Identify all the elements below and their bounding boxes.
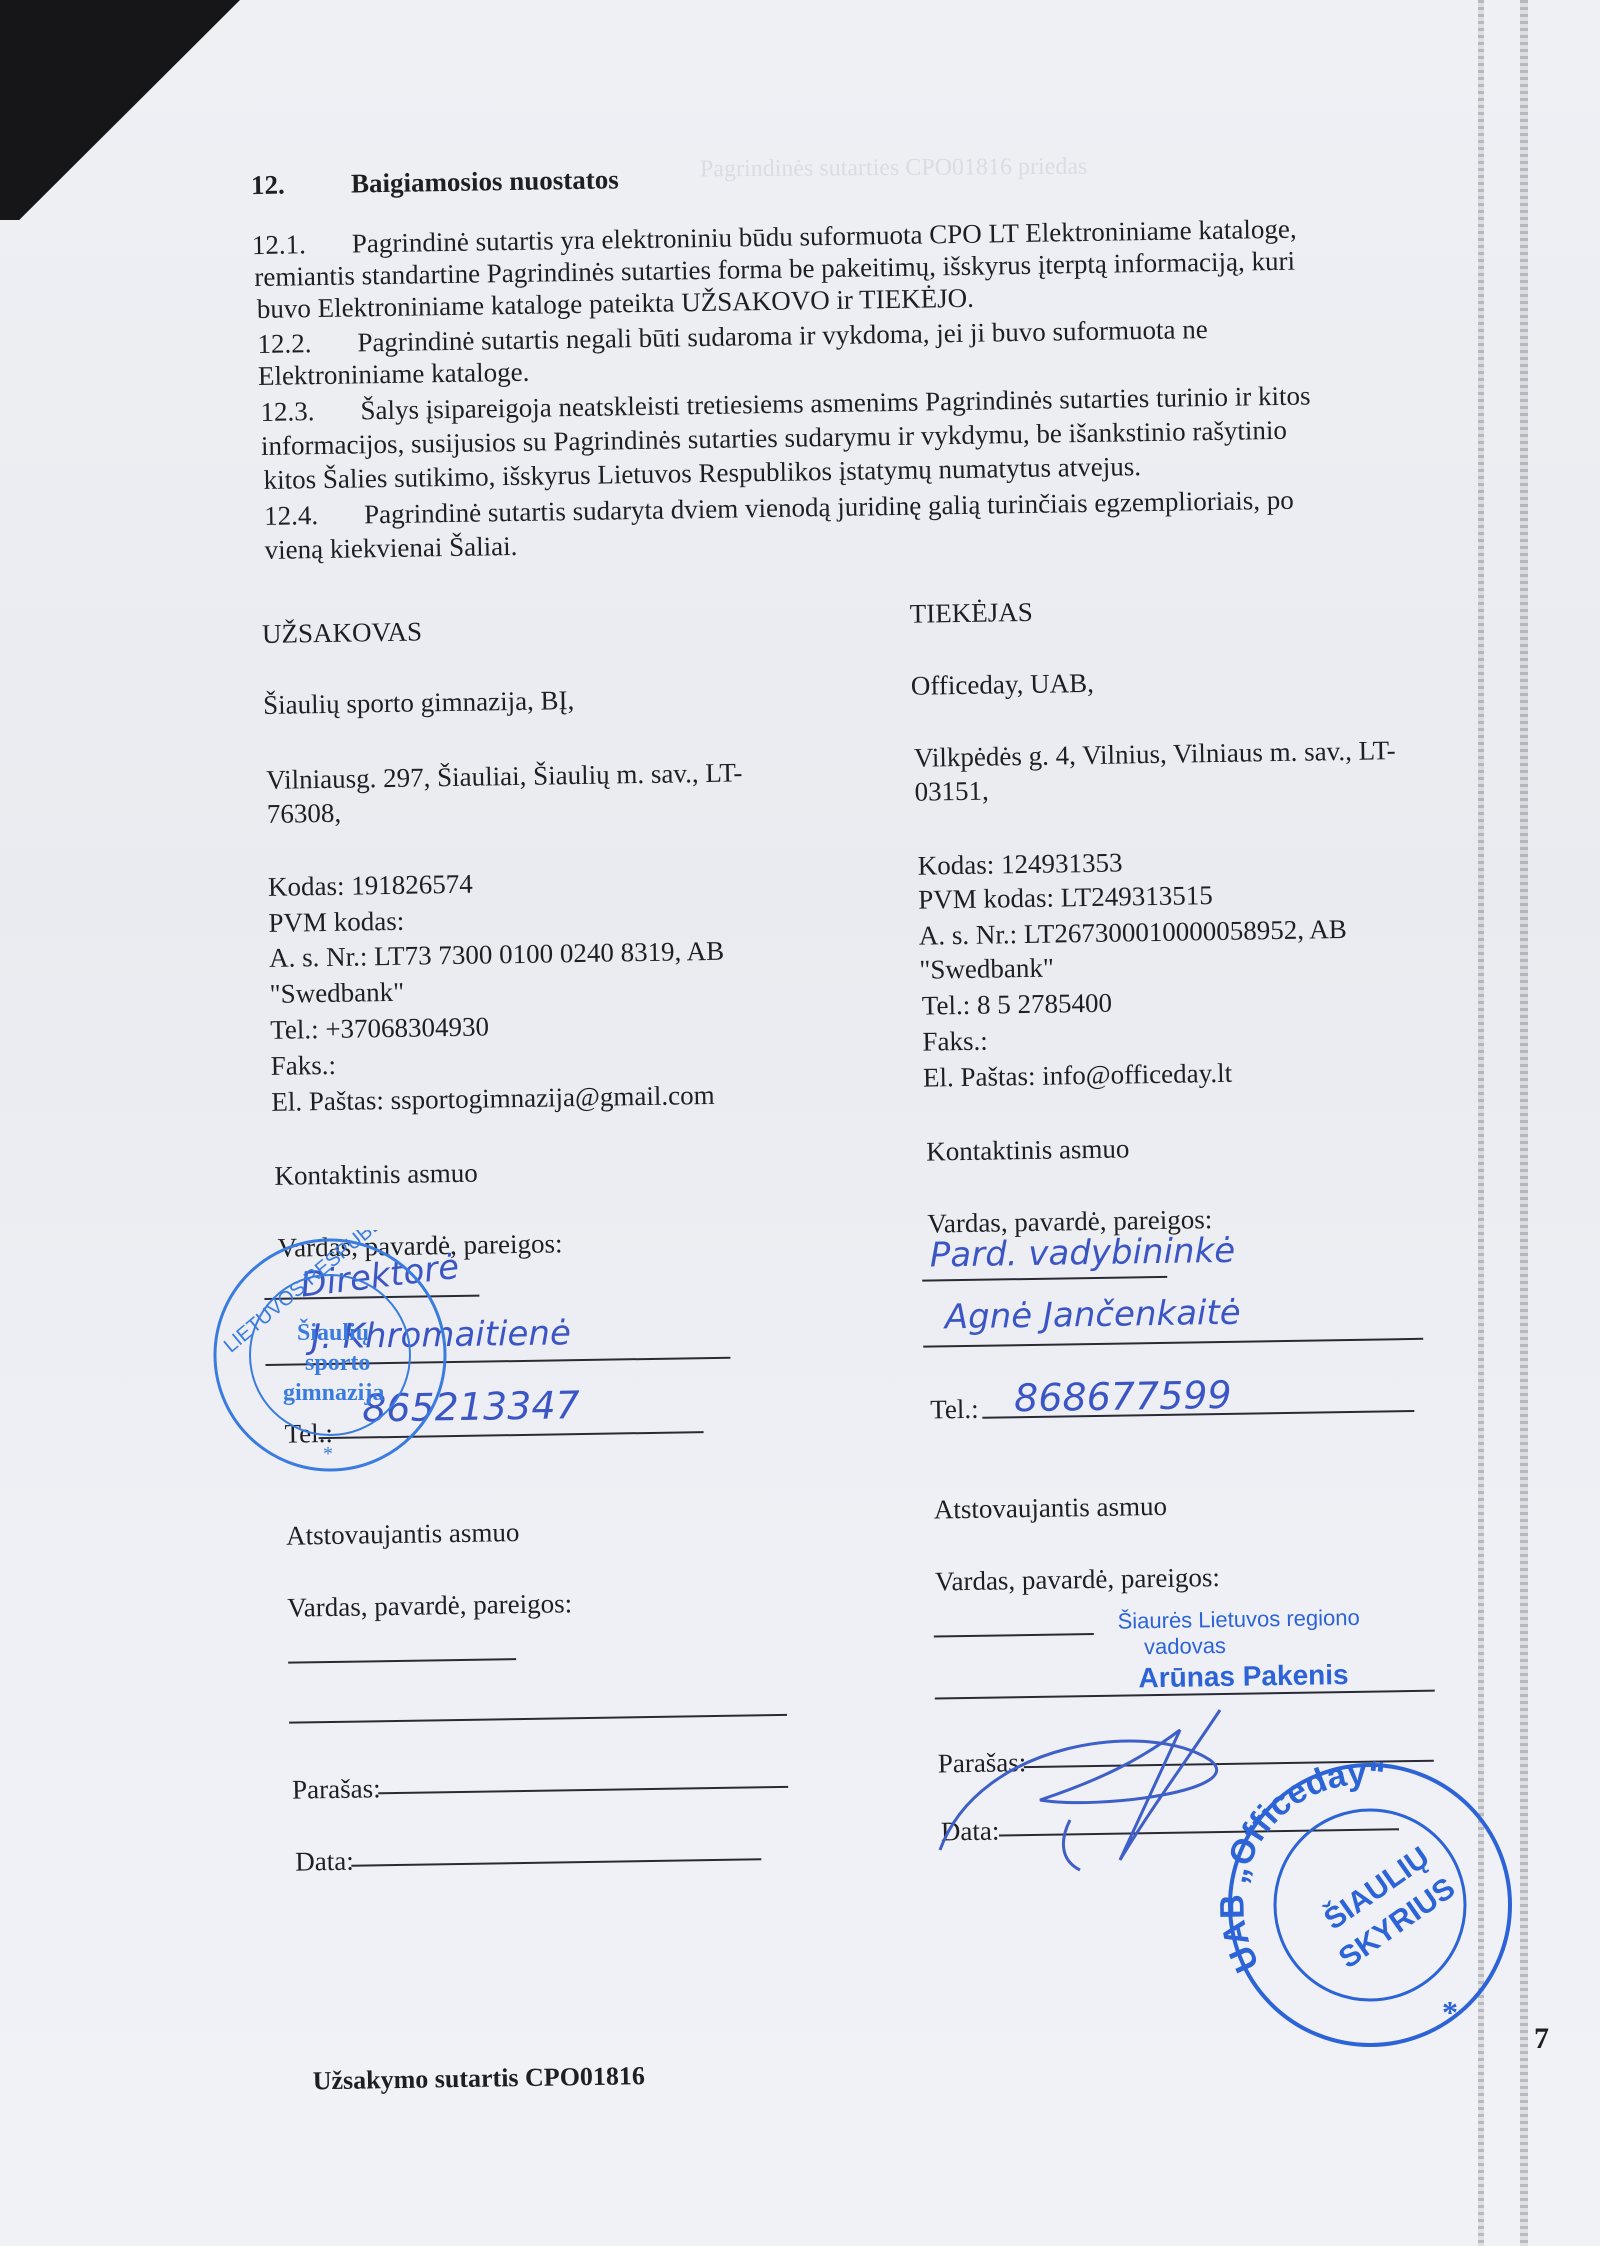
- svg-text:sporto: sporto: [305, 1350, 370, 1376]
- supplier-round-stamp-icon: UAB „Officeday“ ŠIAULIŲ SKYRIUS *: [1220, 1755, 1520, 2055]
- fill-line: [288, 1658, 516, 1664]
- rep-stamp-name: Arūnas Pakenis: [1138, 1659, 1349, 1694]
- customer-date-line: [351, 1858, 761, 1866]
- document-footer: Užsakymo sutartis CPO01816: [312, 2060, 645, 2097]
- clause-text: vieną kiekvienai Šaliai.: [264, 530, 517, 566]
- customer-signature-label: Parašas:: [292, 1772, 381, 1805]
- supplier-account: A. s. Nr.: LT267300010000058952, AB: [919, 913, 1347, 952]
- supplier-contact-role-handwritten: Pard. vadybininkė: [930, 1231, 1236, 1276]
- customer-rep-name-label: Vardas, pavardė, pareigos:: [287, 1587, 572, 1623]
- fill-line: [923, 1338, 1423, 1348]
- customer-signature-line: [378, 1786, 788, 1794]
- supplier-code: Kodas: 124931353: [917, 846, 1122, 881]
- customer-phone: Tel.: +37068304930: [270, 1010, 489, 1045]
- supplier-rep-name-label: Vardas, pavardė, pareigos:: [935, 1561, 1220, 1597]
- section-heading: 12.Baigiamosios nuostatos: [251, 163, 619, 201]
- supplier-phone: Tel.: 8 5 2785400: [922, 987, 1113, 1022]
- supplier-heading: TIEKĖJAS: [910, 596, 1033, 630]
- customer-email: El. Paštas: ssportogimnazija@gmail.com: [271, 1079, 715, 1118]
- fill-line: [922, 1276, 1167, 1282]
- section-title: Baigiamosios nuostatos: [351, 164, 619, 198]
- customer-fax: Faks.:: [271, 1049, 337, 1082]
- customer-date-label: Data:: [295, 1845, 354, 1878]
- customer-contact-heading: Kontaktinis asmuo: [274, 1157, 478, 1192]
- customer-bank: "Swedbank": [269, 976, 404, 1010]
- supplier-vat: PVM kodas: LT249313515: [918, 879, 1213, 916]
- scanned-page: Pagrindinės sutarties CPO01816 priedas 1…: [0, 0, 1600, 2246]
- supplier-email: El. Paštas: info@officeday.lt: [923, 1057, 1233, 1094]
- customer-name: Šiaulių sporto gimnazija, BĮ,: [263, 684, 575, 721]
- rep-stamp-role: vadovas: [1144, 1633, 1226, 1660]
- supplier-bank: "Swedbank": [919, 952, 1054, 986]
- svg-text:*: *: [1442, 1994, 1458, 2030]
- supplier-rep-heading: Atstovaujantis asmuo: [934, 1490, 1168, 1526]
- supplier-contact-phone-label: Tel.:: [930, 1393, 979, 1426]
- customer-code: Kodas: 191826574: [268, 868, 473, 903]
- supplier-contact-heading: Kontaktinis asmuo: [926, 1132, 1130, 1167]
- supplier-address-2: 03151,: [914, 775, 989, 808]
- svg-text:gimnazija: gimnazija: [283, 1380, 384, 1406]
- clause-text: Elektroniniame kataloge.: [258, 356, 530, 392]
- svg-text:Šiaulių: Šiaulių: [297, 1319, 369, 1346]
- supplier-name: Officeday, UAB,: [911, 667, 1094, 702]
- rep-stamp-title: Šiaurės Lietuvos regiono: [1117, 1605, 1360, 1635]
- page-number: 7: [1534, 2022, 1549, 2056]
- fill-line: [289, 1714, 787, 1724]
- customer-heading: UŽSAKOVAS: [262, 615, 423, 650]
- customer-address-2: 76308,: [267, 797, 342, 830]
- customer-vat: PVM kodas:: [268, 905, 404, 939]
- customer-account: A. s. Nr.: LT73 7300 0100 0240 8319, AB: [269, 935, 724, 974]
- supplier-contact-name-handwritten: Agnė Jančenkaitė: [944, 1293, 1240, 1338]
- supplier-fax: Faks.:: [922, 1025, 988, 1058]
- svg-text:*: *: [323, 1443, 333, 1465]
- fill-line: [934, 1633, 1094, 1638]
- customer-rep-heading: Atstovaujantis asmuo: [286, 1516, 520, 1552]
- customer-address: Vilniausg. 297, Šiauliai, Šiaulių m. sav…: [266, 756, 743, 795]
- supplier-address: Vilkpėdės g. 4, Vilnius, Vilniaus m. sav…: [914, 734, 1396, 774]
- customer-round-stamp-icon: Šiaulių sporto gimnazija * LIETUVOS RESP…: [205, 1230, 455, 1480]
